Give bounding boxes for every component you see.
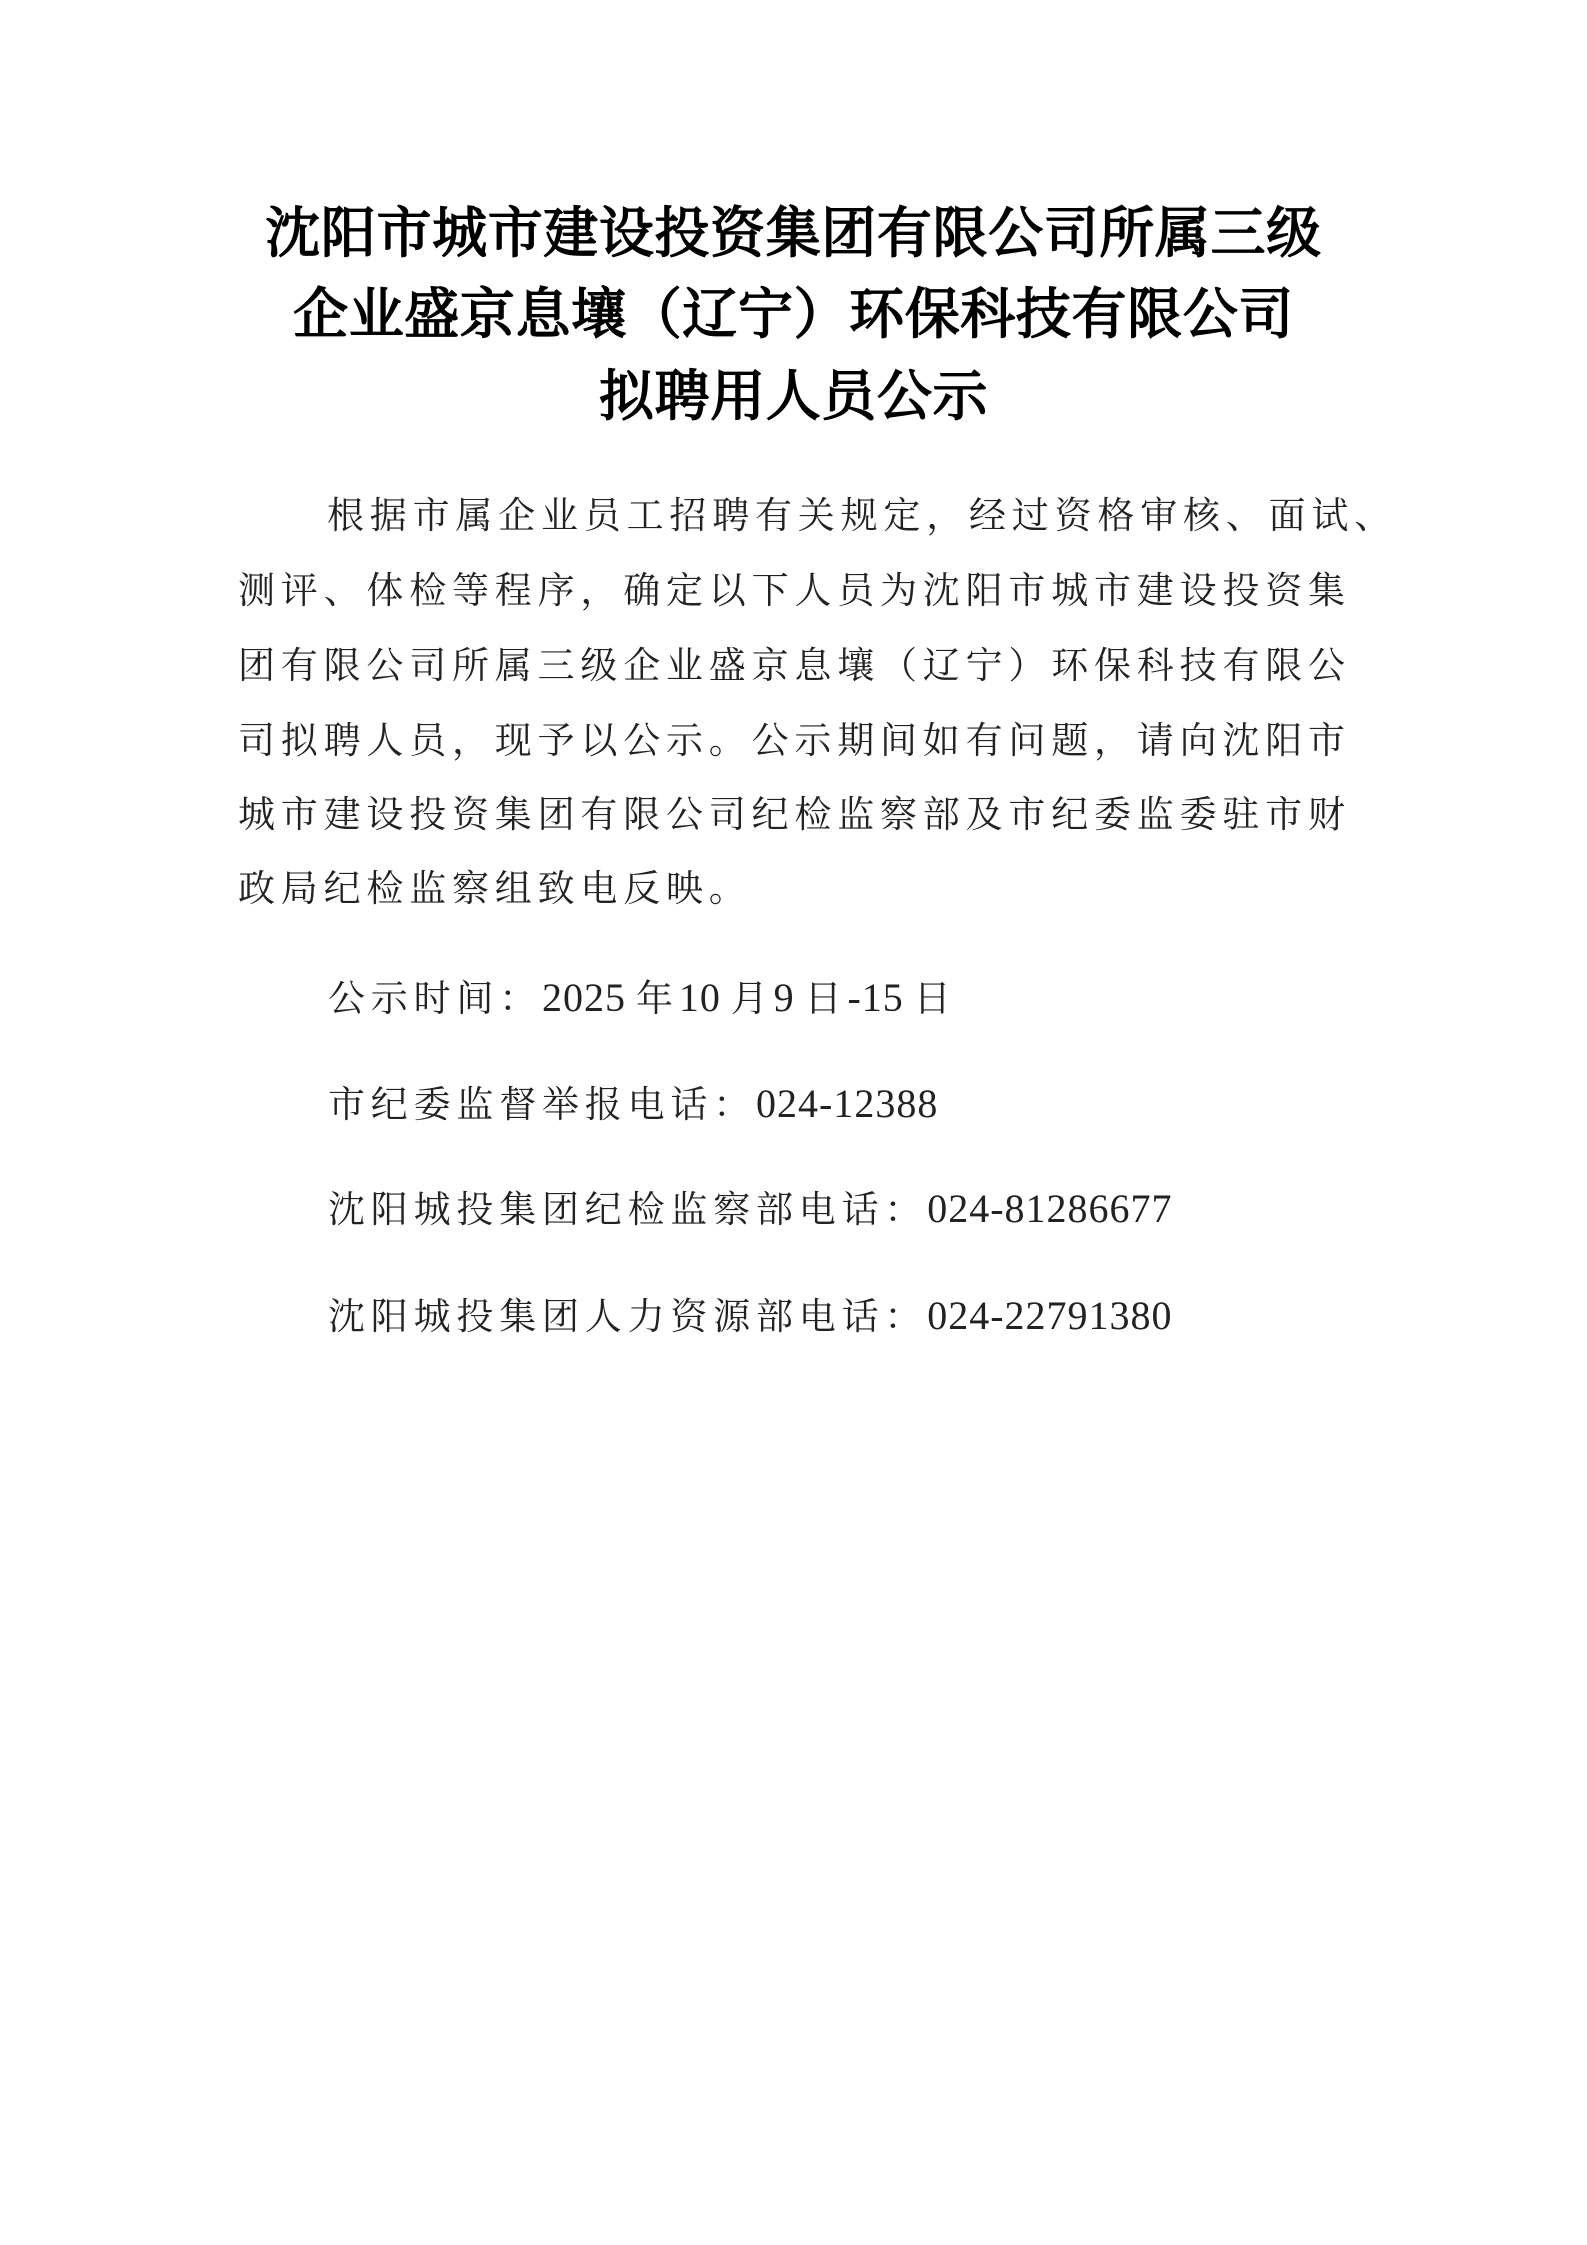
title-line-2: 企业盛京息壤（辽宁）环保科技有限公司 bbox=[0, 286, 1587, 341]
contact-phone: 024-81286677 bbox=[927, 1186, 1172, 1231]
publicity-day-unit: 日 bbox=[805, 977, 848, 1020]
title-line-1: 沈阳市城市建设投资集团有限公司所属三级 bbox=[0, 205, 1587, 260]
contact-line-3: 沈阳城投集团人力资源部电话：024-22791380 bbox=[328, 1297, 1173, 1335]
publicity-period-label: 公示时间： bbox=[328, 977, 542, 1020]
body-line-6: 政局纪检监察组致电反映。 bbox=[238, 870, 752, 907]
title-line-3: 拟聘用人员公示 bbox=[0, 368, 1587, 423]
contact-label: 沈阳城投集团纪检监察部电话： bbox=[328, 1188, 927, 1231]
publicity-day-start: 9 bbox=[774, 975, 795, 1020]
contact-label: 市纪委监督举报电话： bbox=[328, 1083, 756, 1126]
body-line-2: 测评、体检等程序，确定以下人员为沈阳市城市建设投资集 bbox=[238, 572, 1351, 609]
contact-line-2: 沈阳城投集团纪检监察部电话：024-81286677 bbox=[328, 1190, 1173, 1228]
contact-phone: 024-22791380 bbox=[927, 1293, 1172, 1338]
publicity-year: 2025 bbox=[542, 975, 626, 1020]
publicity-period: 公示时间：2025 年10 月9 日-15 日 bbox=[328, 979, 957, 1017]
publicity-month: 10 bbox=[679, 975, 721, 1020]
publicity-year-unit: 年 bbox=[636, 977, 679, 1020]
contact-phone: 024-12388 bbox=[756, 1081, 938, 1126]
publicity-day-end: -15 bbox=[847, 975, 903, 1020]
body-line-3: 团有限公司所属三级企业盛京息壤（辽宁）环保科技有限公 bbox=[238, 647, 1351, 684]
body-line-1: 根据市属企业员工招聘有关规定，经过资格审核、面试、 bbox=[327, 497, 1397, 534]
publicity-day-end-unit: 日 bbox=[914, 977, 957, 1020]
body-line-4: 司拟聘人员，现予以公示。公示期间如有问题，请向沈阳市 bbox=[238, 722, 1351, 759]
body-line-5: 城市建设投资集团有限公司纪检监察部及市纪委监委驻市财 bbox=[238, 796, 1351, 833]
document-page: 沈阳市城市建设投资集团有限公司所属三级 企业盛京息壤（辽宁）环保科技有限公司 拟… bbox=[0, 0, 1587, 2245]
contact-line-1: 市纪委监督举报电话：024-12388 bbox=[328, 1085, 938, 1123]
publicity-month-unit: 月 bbox=[731, 977, 774, 1020]
contact-label: 沈阳城投集团人力资源部电话： bbox=[328, 1295, 927, 1338]
